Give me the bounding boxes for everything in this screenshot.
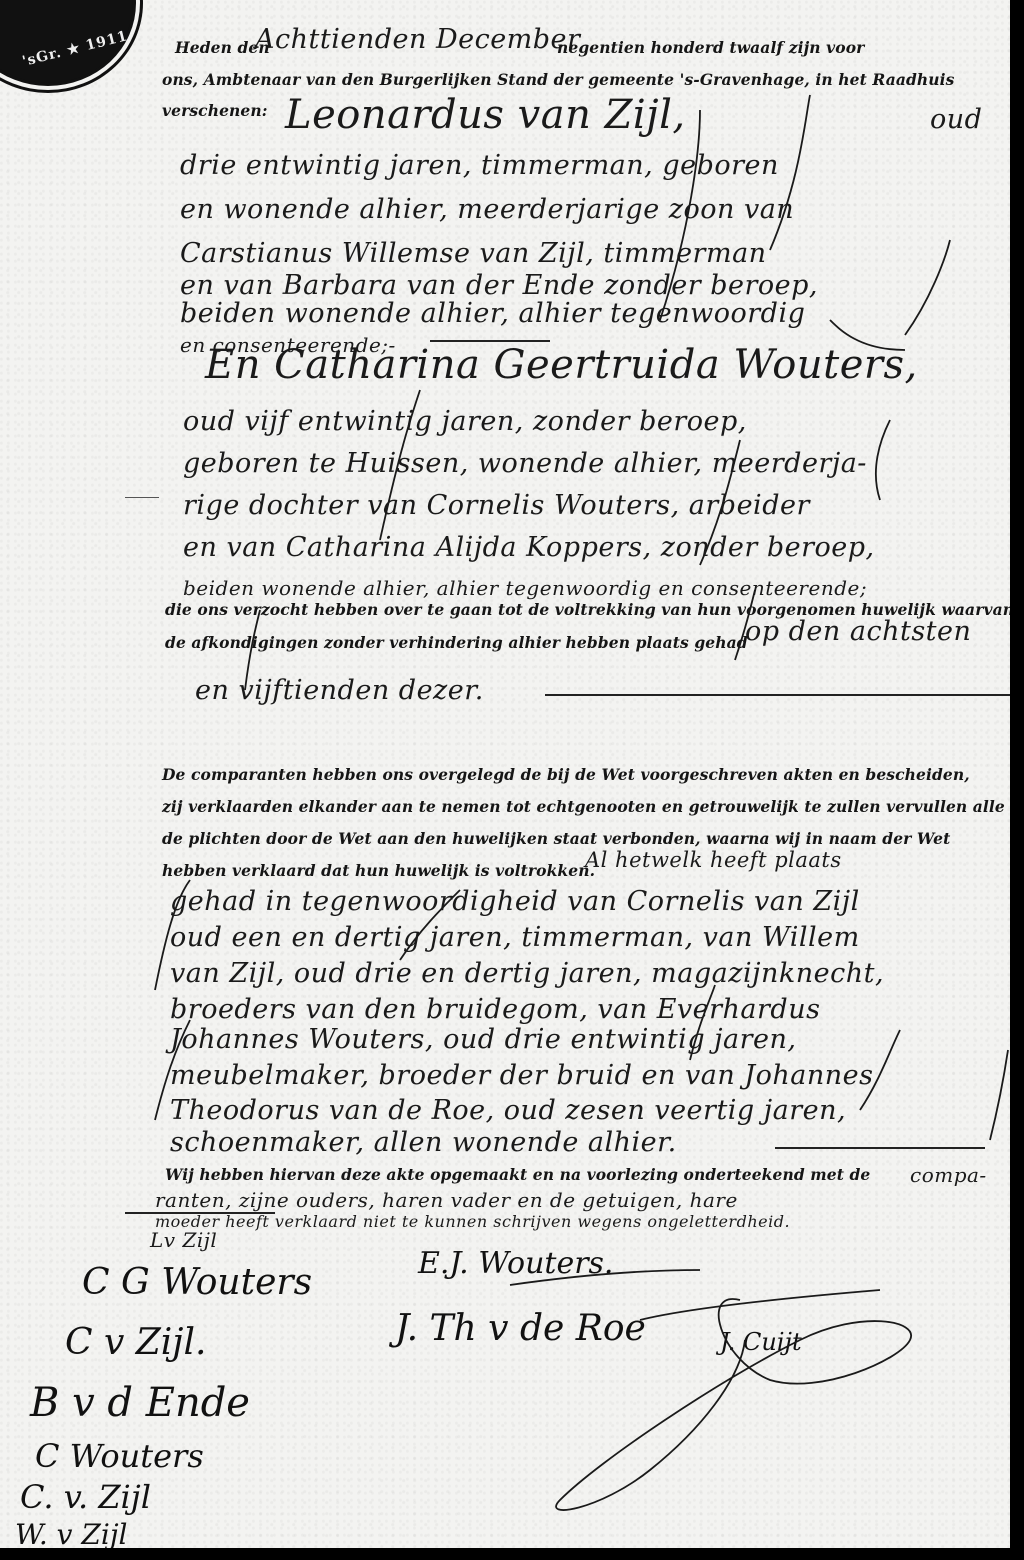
signature-groom-father: C v Zijl. bbox=[65, 1322, 206, 1363]
groom-line-5: beiden wonende alhier, alhier tegenwoord… bbox=[180, 298, 805, 329]
bride-line-2: rige dochter van Cornelis Wouters, arbei… bbox=[183, 490, 810, 521]
witness-line-0: gehad in tegenwoordigheid van Cornelis v… bbox=[170, 886, 860, 917]
signature-groom-mother: B v d Ende bbox=[30, 1380, 250, 1426]
stamp-text: 'sGr. ★ 1911 bbox=[21, 28, 130, 70]
intro-date: Achttienden December bbox=[255, 24, 580, 55]
bride-line-1: geboren te Huissen, wonende alhier, meer… bbox=[183, 448, 867, 479]
witness-end-rule bbox=[775, 1147, 985, 1149]
witness-line-5: meubelmaker, broeder der bruid en van Jo… bbox=[170, 1060, 873, 1091]
signature-witness-roe: J. Th v de Roe bbox=[395, 1308, 646, 1349]
intro-line-1b: negentien honderd twaalf zijn voor bbox=[557, 38, 864, 57]
witness-line-1: oud een en dertig jaren, timmerman, van … bbox=[170, 922, 860, 953]
signature-registrar: J. Cuijt bbox=[720, 1328, 802, 1356]
closing-hand-3: moeder heeft verklaard niet te kunnen sc… bbox=[155, 1212, 790, 1231]
municipal-stamp: 'sGr. ★ 1911 bbox=[0, 0, 136, 86]
intro-line-2: ons, Ambtenaar van den Burgerlijken Stan… bbox=[162, 70, 954, 89]
witness-line-4: Johannes Wouters, oud drie entwintig jar… bbox=[170, 1024, 797, 1055]
signature-witness-willem: W. v Zijl bbox=[15, 1518, 127, 1551]
witness-line-2: van Zijl, oud drie en dertig jaren, maga… bbox=[170, 958, 884, 989]
scan-edge-right bbox=[1010, 0, 1024, 1560]
proclamation-end-rule bbox=[545, 694, 1020, 696]
witness-line-6: Theodorus van de Roe, oud zesen veertig … bbox=[170, 1095, 846, 1126]
proclamation-line-2: de afkondigingen zonder verhindering alh… bbox=[165, 633, 748, 652]
groom-name: Leonardus van Zijl, bbox=[285, 92, 686, 138]
bride-line-4: beiden wonende alhier, alhier tegenwoord… bbox=[183, 576, 867, 600]
scan-edge-bottom bbox=[0, 1548, 1024, 1560]
proclamation-hand-1: op den achtsten bbox=[745, 616, 971, 647]
closing-margin-rule bbox=[125, 1212, 275, 1214]
closing-hand-1: compa- bbox=[910, 1163, 987, 1187]
certificate-page: 'sGr. ★ 1911 Heden den Achttienden Decem… bbox=[0, 0, 1010, 1548]
groom-line-3: Carstianus Willemse van Zijl, timmerman bbox=[180, 238, 767, 269]
signature-bride: C G Wouters bbox=[82, 1262, 312, 1303]
signature-witness-ej: E.J. Wouters. bbox=[418, 1246, 613, 1281]
groom-line-4: en van Barbara van der Ende zonder beroe… bbox=[180, 270, 818, 301]
margin-note: Lv Zijl bbox=[150, 1228, 217, 1252]
groom-line-0: oud bbox=[930, 104, 982, 135]
signature-bride-father: C Wouters bbox=[35, 1437, 204, 1475]
declaration-hand-inline: Al hetwelk heeft plaats bbox=[585, 848, 842, 872]
intro-line-3: verschenen: bbox=[162, 101, 268, 120]
witness-line-7: schoenmaker, allen wonende alhier. bbox=[170, 1127, 677, 1158]
declaration-line-3: de plichten door de Wet aan den huwelijk… bbox=[162, 829, 950, 848]
bride-name: En Catharina Geertruida Wouters, bbox=[205, 342, 918, 388]
signature-witness-cornelis: C. v. Zijl bbox=[20, 1478, 151, 1516]
closing-printed: Wij hebben hiervan deze akte opgemaakt e… bbox=[165, 1165, 870, 1184]
bride-line-0: oud vijf entwintig jaren, zonder beroep, bbox=[183, 406, 747, 437]
margin-mark bbox=[125, 497, 159, 498]
groom-line-2: en wonende alhier, meerderjarige zoon va… bbox=[180, 194, 794, 225]
declaration-line-2: zij verklaarden elkander aan te nemen to… bbox=[162, 797, 1005, 816]
closing-hand-2: ranten, zijne ouders, haren vader en de … bbox=[155, 1188, 738, 1212]
proclamation-hand-2: en vijftienden dezer. bbox=[195, 675, 484, 706]
declaration-line-1: De comparanten hebben ons overgelegd de … bbox=[162, 765, 970, 784]
bride-line-3: en van Catharina Alijda Koppers, zonder … bbox=[183, 532, 875, 563]
witness-line-3: broeders van den bruidegom, van Everhard… bbox=[170, 994, 820, 1025]
groom-line-1: drie entwintig jaren, timmerman, geboren bbox=[180, 150, 779, 181]
declaration-line-4: hebben verklaard dat hun huwelijk is vol… bbox=[162, 861, 595, 880]
